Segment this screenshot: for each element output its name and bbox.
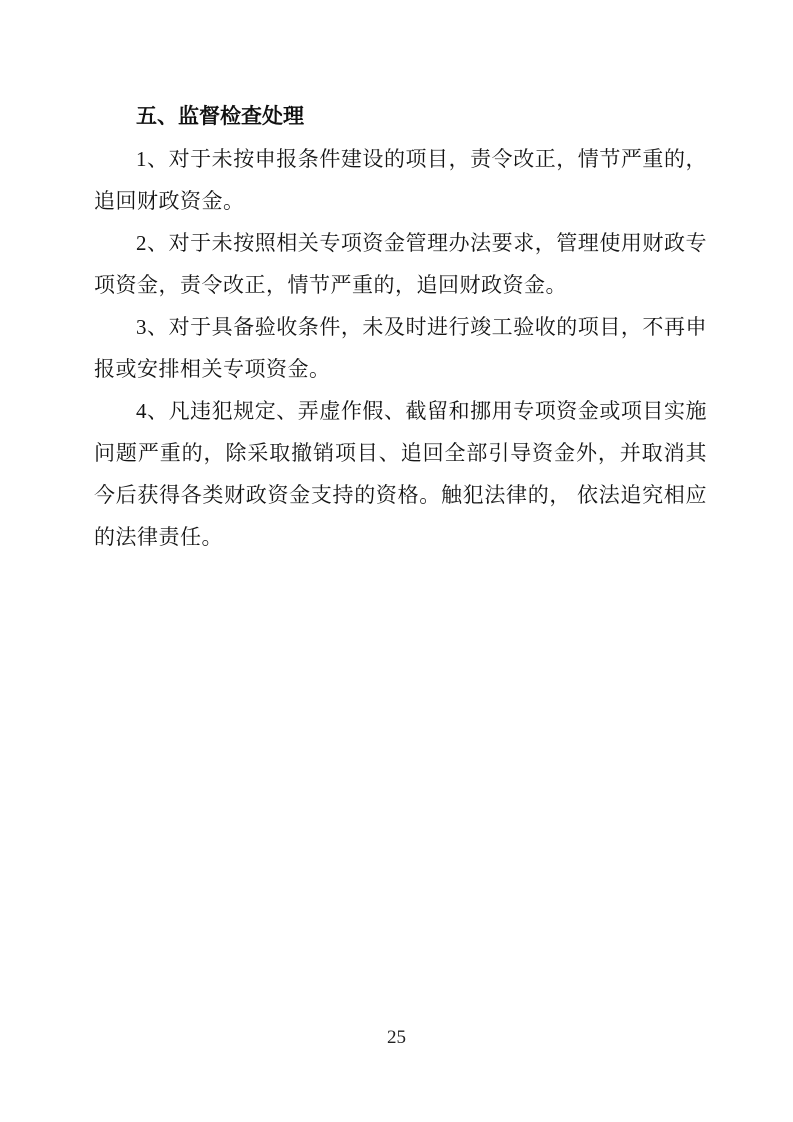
paragraph-line: 3、对于具备验收条件，未及时进行竣工验收的项目，不再申 — [94, 306, 707, 348]
paragraph-line: 4、凡违犯规定、弄虚作假、截留和挪用专项资金或项目实施 — [94, 390, 707, 432]
section-heading: 五、监督检查处理 — [94, 96, 707, 138]
paragraph-1: 1、对于未按申报条件建设的项目，责令改正，情节严重的， 追回财政资金。 — [94, 138, 707, 222]
document-page: 五、监督检查处理 1、对于未按申报条件建设的项目，责令改正，情节严重的， 追回财… — [94, 96, 707, 558]
paragraph-3: 3、对于具备验收条件，未及时进行竣工验收的项目，不再申 报或安排相关专项资金。 — [94, 306, 707, 390]
paragraph-4: 4、凡违犯规定、弄虚作假、截留和挪用专项资金或项目实施 问题严重的，除采取撤销项… — [94, 390, 707, 558]
paragraph-line: 1、对于未按申报条件建设的项目，责令改正，情节严重的， — [94, 138, 707, 180]
page-number: 25 — [0, 1026, 793, 1050]
paragraph-line: 问题严重的，除采取撤销项目、追回全部引导资金外，并取消其 — [94, 432, 707, 474]
paragraph-line: 今后获得各类财政资金支持的资格。触犯法律的， 依法追究相应 — [94, 474, 707, 516]
paragraph-line: 追回财政资金。 — [94, 180, 707, 222]
paragraph-line: 报或安排相关专项资金。 — [94, 348, 707, 390]
paragraph-line: 项资金，责令改正，情节严重的，追回财政资金。 — [94, 264, 707, 306]
paragraph-line: 的法律责任。 — [94, 516, 707, 558]
paragraph-line: 2、对于未按照相关专项资金管理办法要求，管理使用财政专 — [94, 222, 707, 264]
paragraph-2: 2、对于未按照相关专项资金管理办法要求，管理使用财政专 项资金，责令改正，情节严… — [94, 222, 707, 306]
